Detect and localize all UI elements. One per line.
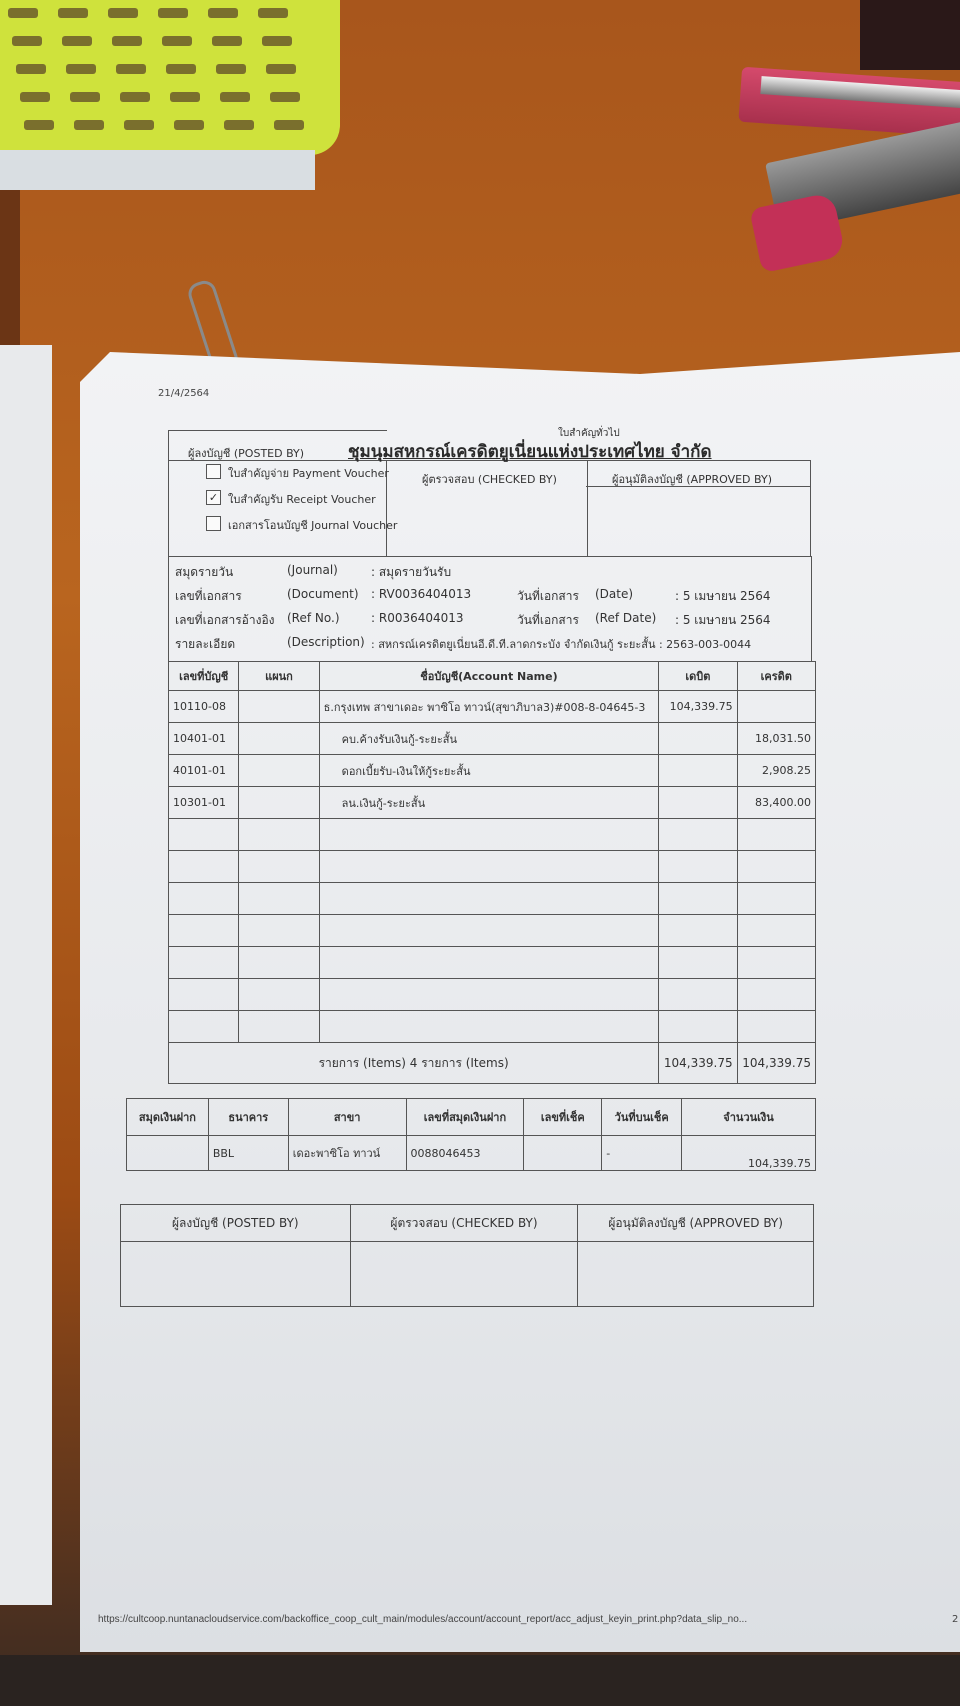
checked-by-label: ผู้ตรวจสอบ (CHECKED BY) <box>422 470 557 488</box>
ref-date: : 5 เมษายน 2564 <box>675 611 771 630</box>
date-label: วันที่เอกสาร <box>517 587 579 606</box>
credit: 2,908.25 <box>737 755 815 787</box>
description-value: : สหกรณ์เครดิตยูเนี่ยนอี.ดี.ที.ลาดกระบัง… <box>371 635 751 653</box>
checked-by-header: ผู้ตรวจสอบ (CHECKED BY) <box>350 1205 578 1242</box>
bank-table: สมุดเงินฝาก ธนาคาร สาขา เลขที่สมุดเงินฝา… <box>126 1098 816 1171</box>
branch: เดอะพาซิโอ ทาวน์ <box>288 1136 406 1171</box>
journal-label-en: (Journal) <box>287 563 338 577</box>
debit: 104,339.75 <box>659 691 737 723</box>
document-label: เลขที่เอกสาร <box>175 589 242 603</box>
debit <box>659 755 737 787</box>
approved-by-signature <box>578 1242 814 1307</box>
signature-table: ผู้ลงบัญชี (POSTED BY) ผู้ตรวจสอบ (CHECK… <box>120 1204 814 1307</box>
underlying-sheet <box>0 345 52 1605</box>
credit <box>737 691 815 723</box>
document-label-en: (Document) <box>287 587 359 601</box>
table-row: 40101-01 ดอกเบี้ยรับ-เงินให้กู้ระยะสั้น … <box>169 755 816 787</box>
checked-by-signature <box>350 1242 578 1307</box>
account-no: 10301-01 <box>169 787 239 819</box>
account-no: 40101-01 <box>169 755 239 787</box>
document-number: : RV0036404013 <box>371 587 471 601</box>
payment-voucher-checkbox[interactable] <box>206 464 221 479</box>
passbook-no: 0088046453 <box>406 1136 524 1171</box>
journal-label: สมุดรายวัน <box>175 565 233 579</box>
receipt-voucher-label: ใบสำคัญรับ Receipt Voucher <box>228 490 376 508</box>
table-row: 10401-01 คบ.ค้างรับเงินกู้-ระยะสั้น 18,0… <box>169 723 816 755</box>
total-label: รายการ (Items) 4 รายการ (Items) <box>169 1043 659 1084</box>
cheque-date: - <box>602 1136 682 1171</box>
staple-remover <box>738 67 960 139</box>
description-label-en: (Description) <box>287 635 365 649</box>
posted-by-header: ผู้ลงบัญชี (POSTED BY) <box>121 1205 351 1242</box>
amount: 104,339.75 <box>682 1136 816 1171</box>
col-cheque-date: วันที่บนเช็ค <box>602 1099 682 1136</box>
approved-by-label: ผู้อนุมัติลงบัญชี (APPROVED BY) <box>612 470 772 488</box>
credit: 83,400.00 <box>737 787 815 819</box>
col-account-name: ชื่อบัญชี(Account Name) <box>319 662 659 691</box>
voucher-page: 21/4/2564 ใบสำคัญทั่วไป ชุมนุมสหกรณ์เครด… <box>80 352 960 1652</box>
empty-row <box>169 1011 816 1043</box>
table-row: BBL เดอะพาซิโอ ทาวน์ 0088046453 - 104,33… <box>127 1136 816 1171</box>
paper-stack <box>0 150 315 190</box>
ref-date-label-en: (Ref Date) <box>595 611 656 625</box>
empty-row <box>169 979 816 1011</box>
account-name: ธ.กรุงเทพ สาขาเดอะ พาซิโอ ทาวน์(สุขาภิบา… <box>319 691 659 723</box>
empty-row <box>169 819 816 851</box>
footer-url: https://cultcoop.nuntanacloudservice.com… <box>98 1614 747 1625</box>
col-amount: จำนวนเงิน <box>682 1099 816 1136</box>
posted-by-signature <box>121 1242 351 1307</box>
department <box>239 755 319 787</box>
paper-clip-icon <box>185 278 238 368</box>
description-label: รายละเอียด <box>175 637 235 651</box>
journal-value: : สมุดรายวันรับ <box>371 563 451 582</box>
empty-row <box>169 947 816 979</box>
posted-by-label: ผู้ลงบัญชี (POSTED BY) <box>188 444 304 462</box>
empty-row <box>169 883 816 915</box>
empty-row <box>169 915 816 947</box>
col-passbook: สมุดเงินฝาก <box>127 1099 209 1136</box>
journal-voucher-label: เอกสารโอนบัญชี Journal Voucher <box>228 516 397 534</box>
organization-title: ชุมนุมสหกรณ์เครดิตยูเนี่ยนแห่งประเทศไทย … <box>348 438 712 465</box>
stapler-cap <box>749 192 846 273</box>
basket <box>0 0 340 155</box>
account-name: ลน.เงินกู้-ระยะสั้น <box>319 787 659 819</box>
department <box>239 787 319 819</box>
department <box>239 691 319 723</box>
department <box>239 723 319 755</box>
dark-object <box>860 0 960 70</box>
payment-voucher-label: ใบสำคัญจ่าย Payment Voucher <box>228 464 389 482</box>
ref-date-label: วันที่เอกสาร <box>517 611 579 630</box>
ref-number: : R0036404013 <box>371 611 464 625</box>
journal-voucher-checkbox[interactable] <box>206 516 221 531</box>
empty-row <box>169 851 816 883</box>
receipt-voucher-checkbox[interactable]: ✓ <box>206 490 221 505</box>
credit: 18,031.50 <box>737 723 815 755</box>
col-passbook-no: เลขที่สมุดเงินฝาก <box>406 1099 524 1136</box>
col-account-no: เลขที่บัญชี <box>169 662 239 691</box>
table-row: 10110-08 ธ.กรุงเทพ สาขาเดอะ พาซิโอ ทาวน์… <box>169 691 816 723</box>
total-credit: 104,339.75 <box>737 1043 815 1084</box>
col-debit: เดบิต <box>659 662 737 691</box>
debit <box>659 723 737 755</box>
print-date: 21/4/2564 <box>158 388 209 399</box>
account-name: ดอกเบี้ยรับ-เงินให้กู้ระยะสั้น <box>319 755 659 787</box>
bank-name: BBL <box>208 1136 288 1171</box>
account-no: 10110-08 <box>169 691 239 723</box>
passbook <box>127 1136 209 1171</box>
col-bank: ธนาคาร <box>208 1099 288 1136</box>
total-row: รายการ (Items) 4 รายการ (Items) 104,339.… <box>169 1043 816 1084</box>
debit <box>659 787 737 819</box>
col-cheque-no: เลขที่เช็ค <box>524 1099 602 1136</box>
col-credit: เครดิต <box>737 662 815 691</box>
document-date: : 5 เมษายน 2564 <box>675 587 771 606</box>
table-row: 10301-01 ลน.เงินกู้-ระยะสั้น 83,400.00 <box>169 787 816 819</box>
col-department: แผนก <box>239 662 319 691</box>
desk-edge <box>0 1655 960 1706</box>
ref-no-label-en: (Ref No.) <box>287 611 340 625</box>
account-name: คบ.ค้างรับเงินกู้-ระยะสั้น <box>319 723 659 755</box>
col-branch: สาขา <box>288 1099 406 1136</box>
ledger-table: เลขที่บัญชี แผนก ชื่อบัญชี(Account Name)… <box>168 661 816 1084</box>
document-info: สมุดรายวัน (Journal) : สมุดรายวันรับ เลข… <box>168 556 812 662</box>
account-no: 10401-01 <box>169 723 239 755</box>
page-number: 2 <box>952 1614 958 1625</box>
approved-by-header: ผู้อนุมัติลงบัญชี (APPROVED BY) <box>578 1205 814 1242</box>
total-debit: 104,339.75 <box>659 1043 737 1084</box>
date-label-en: (Date) <box>595 587 633 601</box>
cheque-no <box>524 1136 602 1171</box>
ref-no-label: เลขที่เอกสารอ้างอิง <box>175 613 275 627</box>
